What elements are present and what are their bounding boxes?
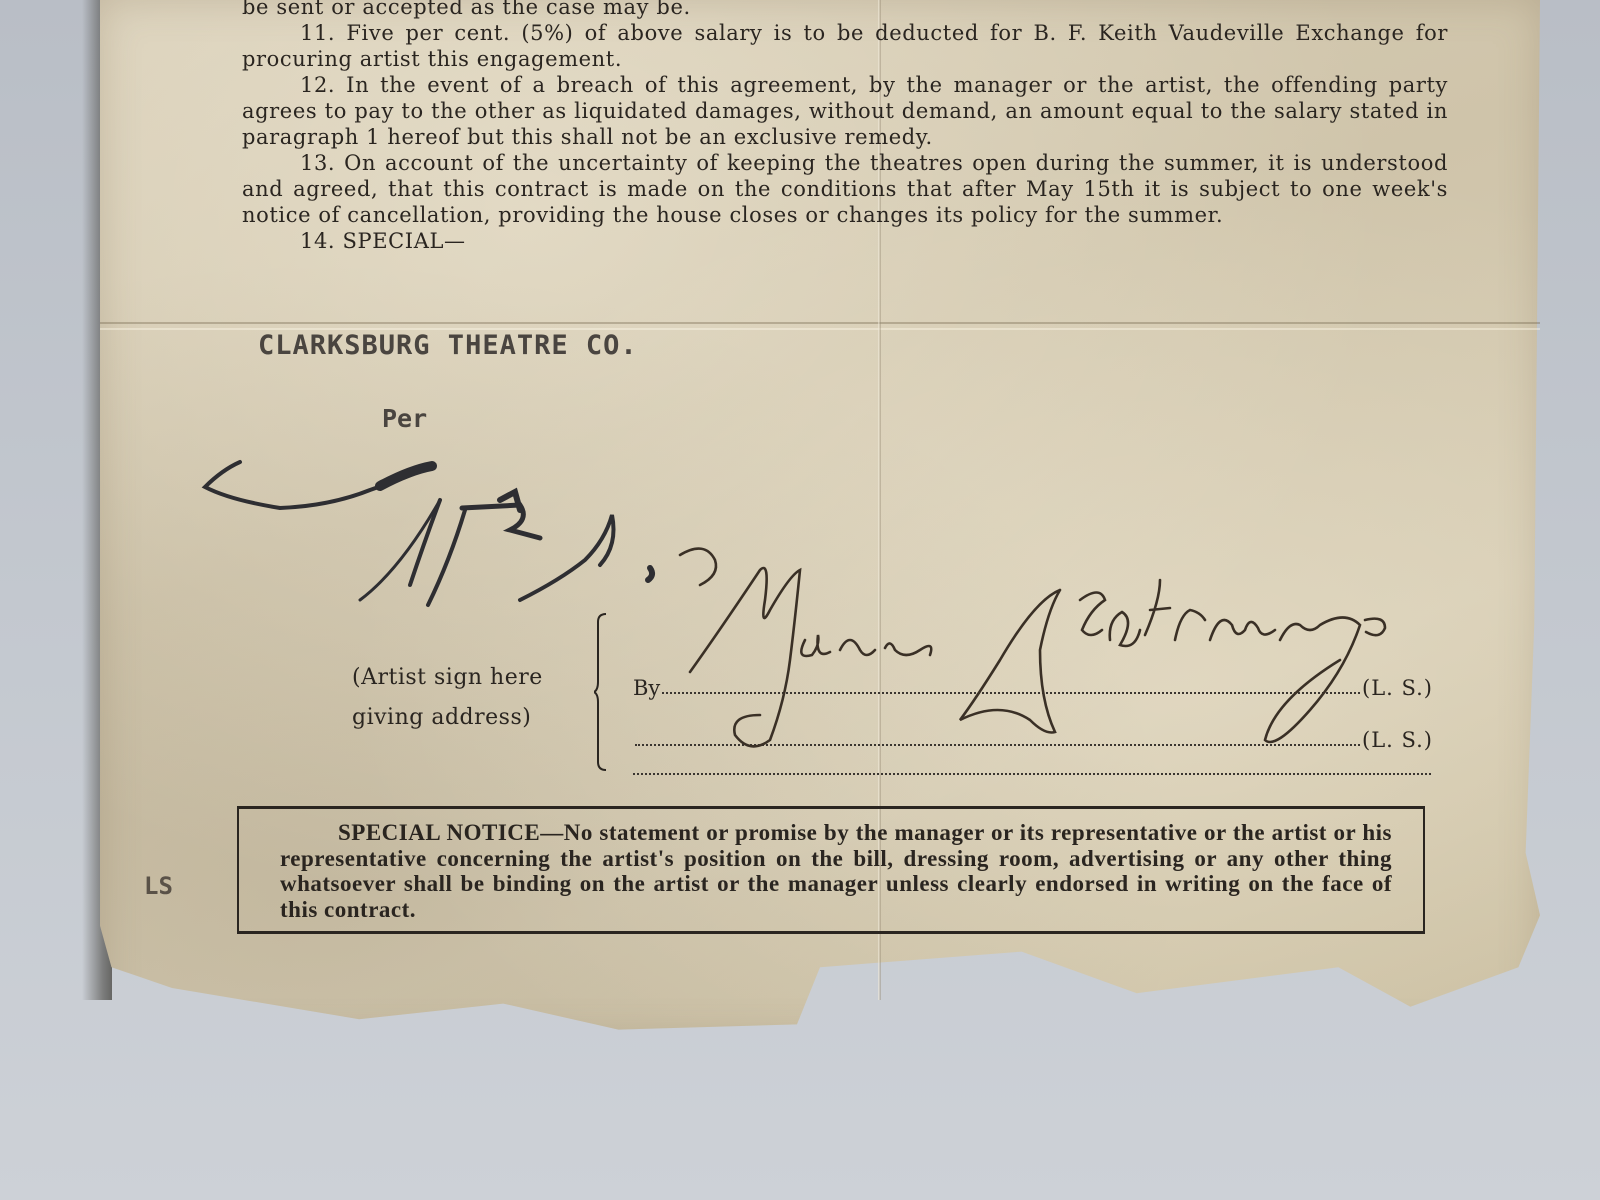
signature-lines: By (L. S.) (L. S.)	[633, 648, 1433, 752]
clause-number: 13.	[300, 151, 335, 175]
dotted-line	[635, 744, 1360, 746]
by-label: By	[633, 676, 660, 700]
clause-number: 12.	[300, 73, 335, 97]
clause-11: 11. Five per cent. (5%) of above salary …	[242, 20, 1448, 72]
special-notice-text: SPECIAL NOTICE—No statement or promise b…	[280, 820, 1392, 922]
address-line[interactable]	[633, 773, 1431, 775]
artist-sign-instructions: (Artist sign here giving address)	[352, 658, 543, 738]
seal-label: (L. S.)	[1362, 728, 1433, 752]
brace-icon	[594, 612, 608, 772]
clause-number: 11.	[300, 21, 335, 45]
artist-label-line-1: (Artist sign here	[352, 658, 543, 698]
seal-label: (L. S.)	[1362, 676, 1433, 700]
special-notice-heading: SPECIAL NOTICE—	[338, 820, 564, 845]
signature-line-by[interactable]: By (L. S.)	[633, 648, 1433, 700]
company-name-stamp: CLARKSBURG THEATRE CO.	[258, 330, 638, 361]
clause-14: 14. SPECIAL—	[242, 228, 1448, 254]
clause-text: SPECIAL—	[342, 229, 465, 253]
contract-clauses: be sent or accepted as the case may be. …	[242, 0, 1448, 254]
dotted-line	[662, 692, 1360, 694]
signature-line-address[interactable]: (L. S.)	[633, 700, 1433, 752]
clause-text: On account of the uncertainty of keeping…	[242, 151, 1448, 227]
artist-label-line-2: giving address)	[352, 698, 543, 738]
clause-10-tail: be sent or accepted as the case may be.	[242, 0, 1448, 20]
margin-ls-stamp: LS	[144, 872, 173, 900]
clause-13: 13. On account of the uncertainty of kee…	[242, 150, 1448, 228]
clause-text: Five per cent. (5%) of above salary is t…	[242, 21, 1448, 71]
horizontal-fold	[100, 322, 1540, 324]
clause-text: In the event of a breach of this agreeme…	[242, 73, 1448, 149]
clause-number: 14.	[300, 229, 335, 253]
clause-12: 12. In the event of a breach of this agr…	[242, 72, 1448, 150]
per-label: Per	[382, 404, 427, 433]
